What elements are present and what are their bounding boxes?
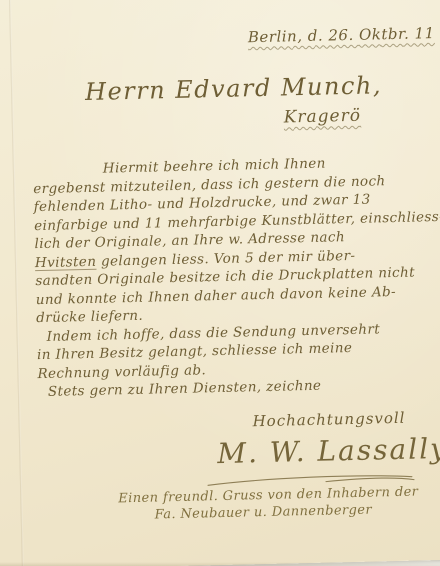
postscript-line-2: Fa. Neubauer u. Dannenberger (155, 503, 373, 523)
paper-sheet: Berlin, d. 26. Oktbr. 11 Herrn Edvard Mu… (0, 0, 440, 566)
recipient-city: Kragerö (283, 106, 361, 128)
postscript-line-1: Einen freundl. Gruss von den Inhabern de… (118, 485, 418, 507)
recipient-name: Herrn Edvard Munch, (85, 71, 382, 106)
signature: M. W. Lassally (217, 432, 440, 470)
letter-photo: Berlin, d. 26. Oktbr. 11 Herrn Edvard Mu… (0, 0, 440, 566)
letter-body: Hiermit beehre ich mich Ihnen ergebenst … (33, 152, 433, 401)
letter-content: Berlin, d. 26. Oktbr. 11 Herrn Edvard Mu… (0, 0, 440, 566)
closing-salutation: Hochachtungsvoll (252, 409, 405, 430)
paper-edge-shadow (0, 562, 440, 566)
underlined-place-name: Hvitsten (35, 253, 97, 270)
dateline: Berlin, d. 26. Oktbr. 11 (248, 24, 435, 46)
